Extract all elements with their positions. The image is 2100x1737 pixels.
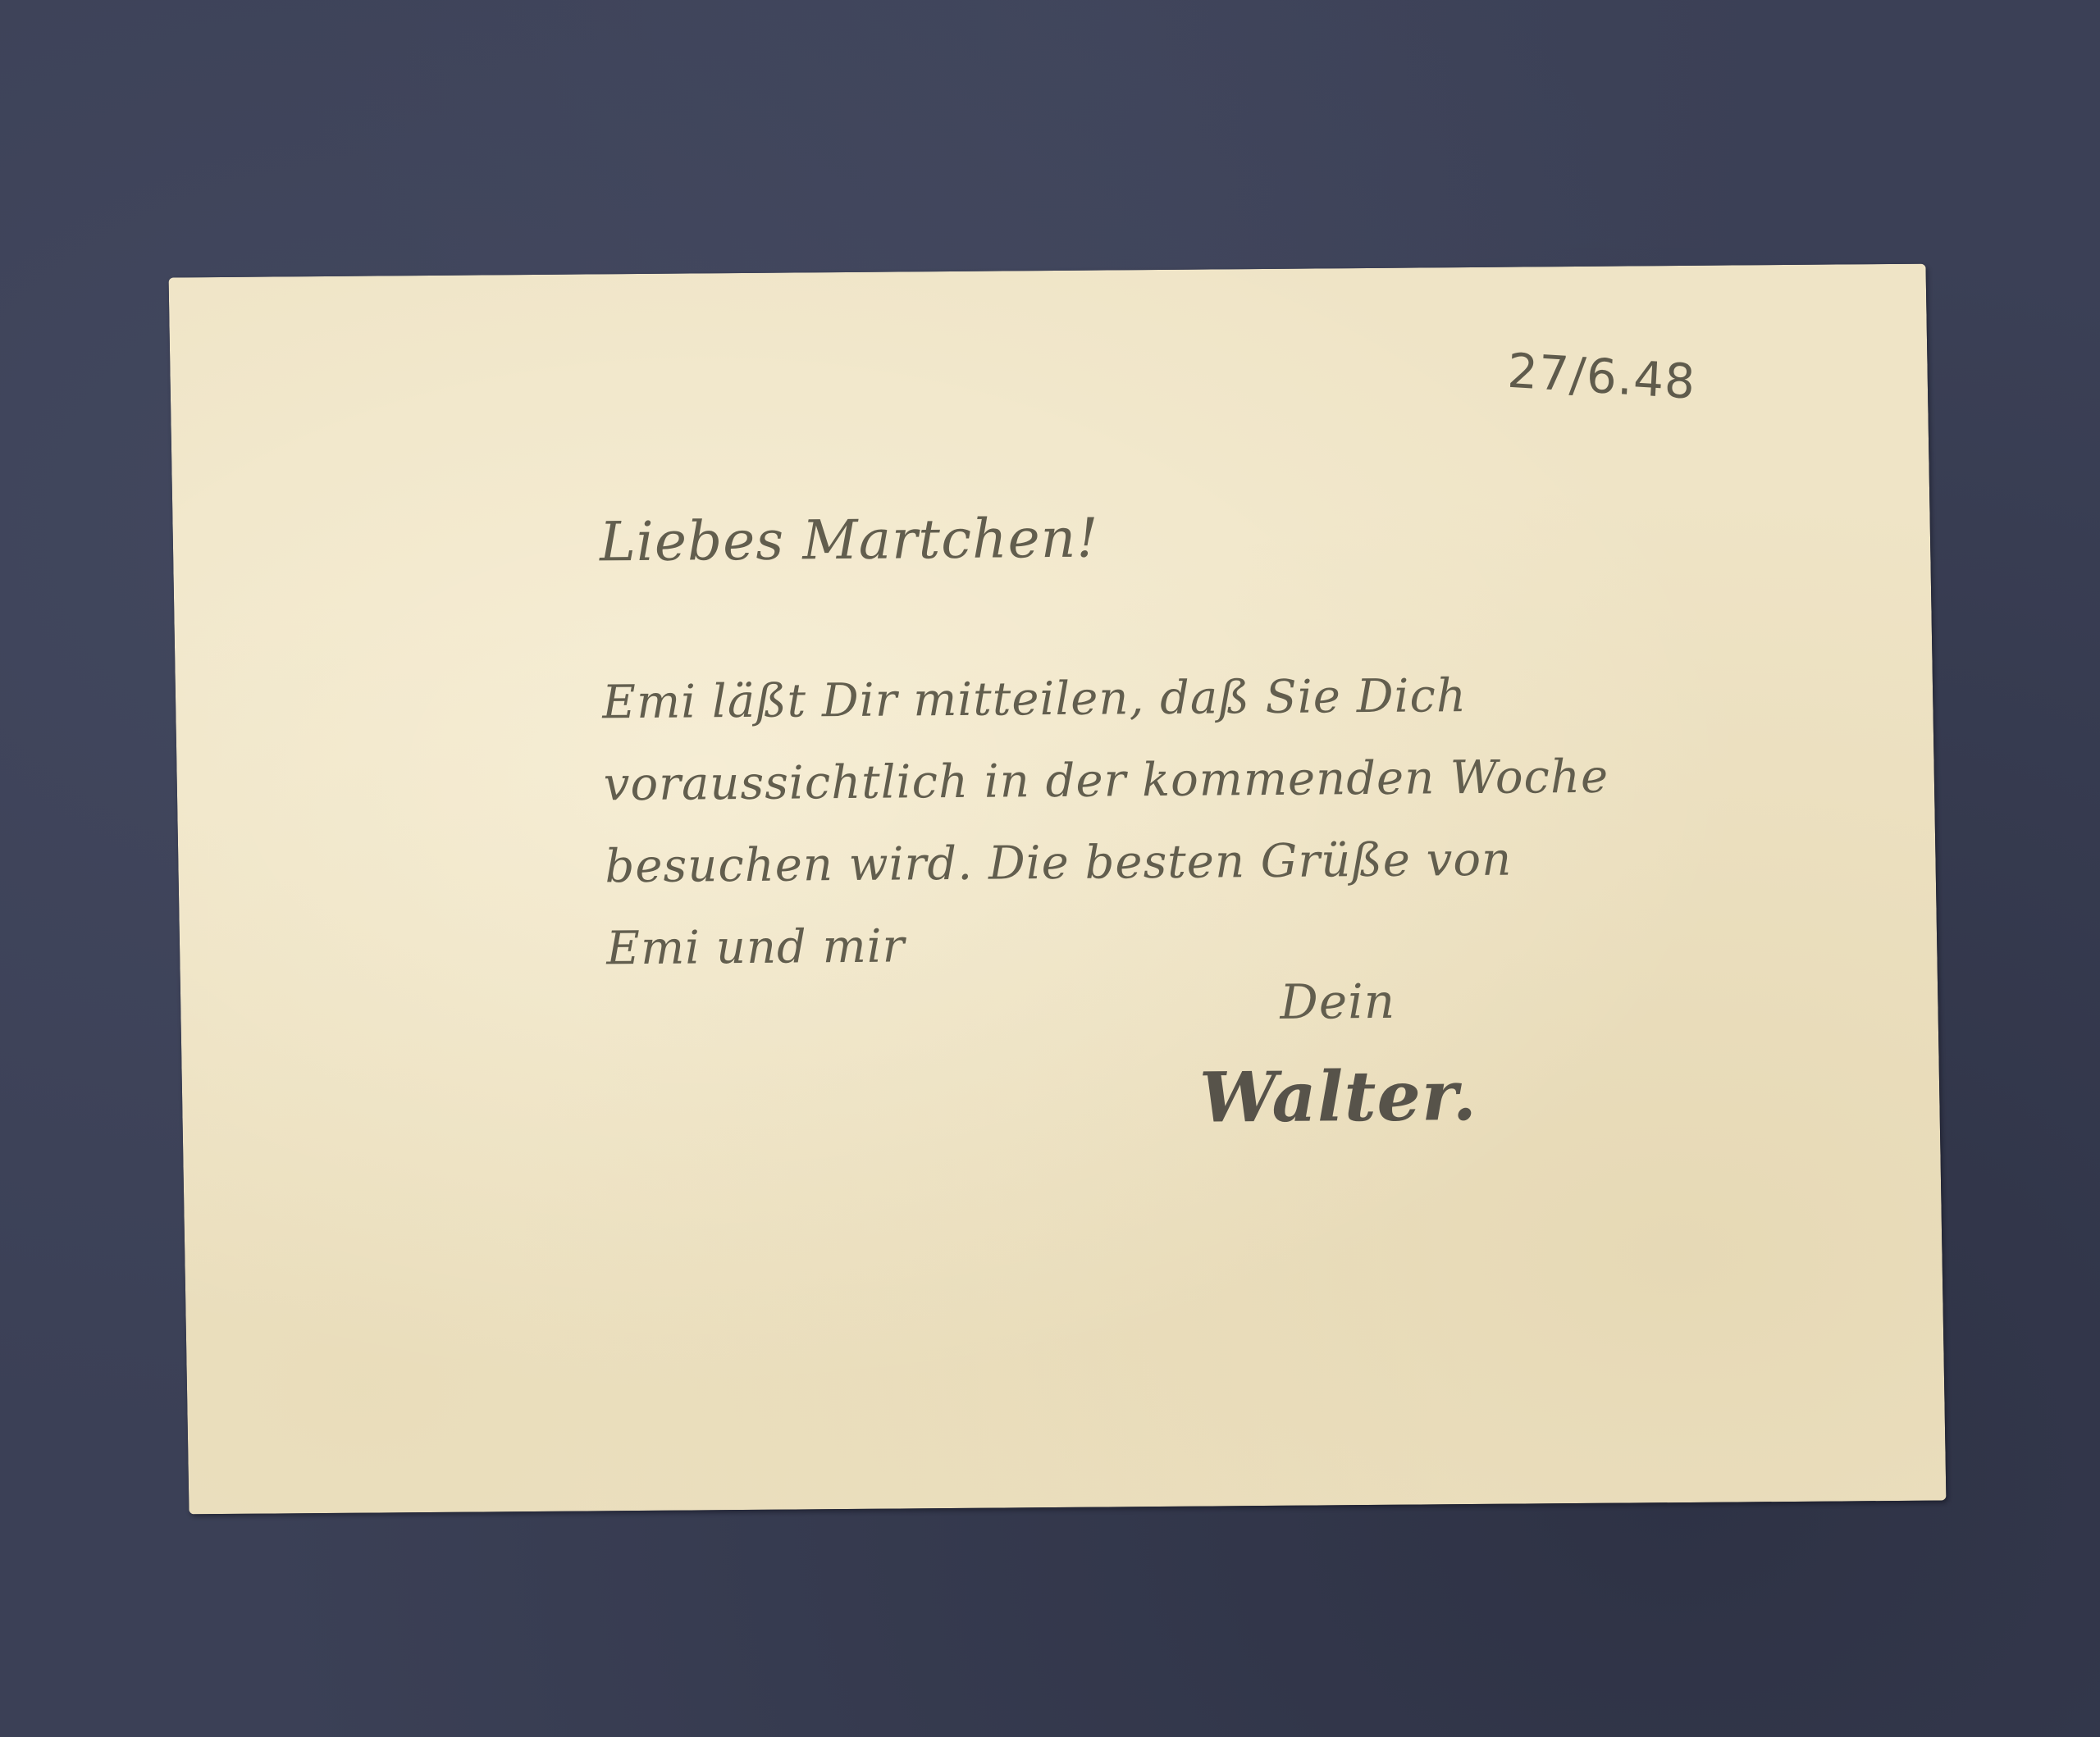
- postcard: 27/6.48 Liebes Martchen! Emi läßt Dir mi…: [169, 264, 1947, 1515]
- signature: Walter.: [1198, 1055, 1477, 1138]
- salutation: Liebes Martchen!: [599, 507, 1099, 574]
- body-line: voraussichtlich in der kommenden Woche: [603, 750, 1609, 812]
- body-line: besuchen wird. Die besten Grüße von: [605, 833, 1513, 894]
- body-line: Emi läßt Dir mitteilen, daß Sie Dich: [602, 669, 1468, 729]
- closing: Dein: [1280, 973, 1396, 1030]
- dark-mat-background: 27/6.48 Liebes Martchen! Emi läßt Dir mi…: [0, 0, 2100, 1737]
- date: 27/6.48: [1506, 343, 1697, 410]
- body-line: Emi und mir: [606, 919, 906, 975]
